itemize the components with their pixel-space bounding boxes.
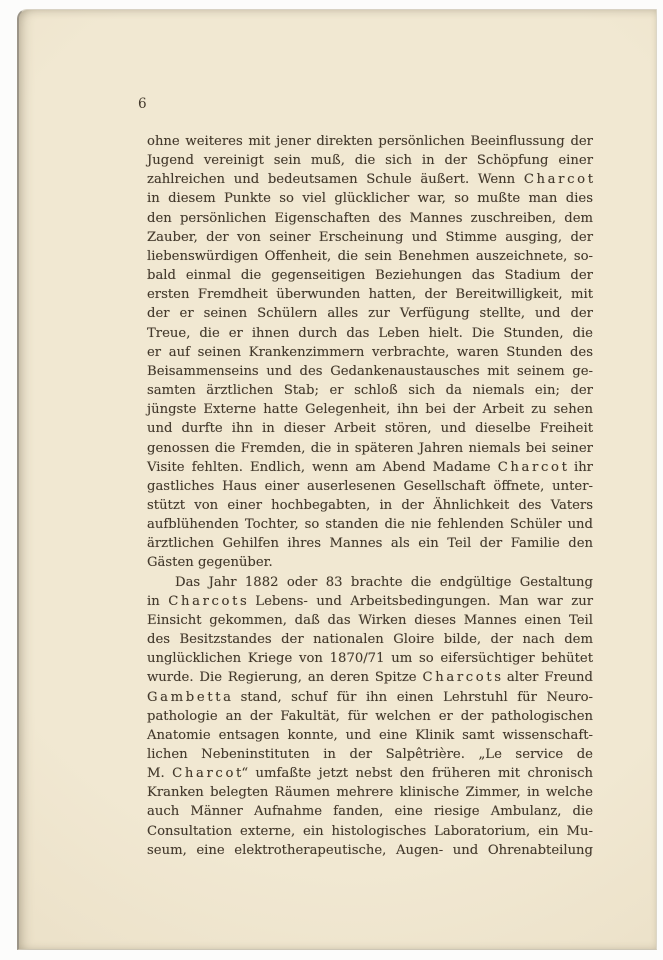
text-line: stützt von einer hochbegabten, in der Äh…	[147, 496, 593, 515]
text-line: Anatomie entsagen konnte, und eine Klini…	[147, 726, 593, 745]
text-line: samten ärztlichen Stab; er schloß sich d…	[147, 381, 593, 400]
text-line: der er seinen Schülern alles zur Verfügu…	[147, 304, 593, 323]
text-line: ohne weiteres mit jener direkten persönl…	[147, 132, 593, 151]
text-line: er auf seinen Krankenzimmern verbrachte,…	[147, 343, 593, 362]
text-line: Consultation externe, ein histologisches…	[147, 822, 593, 841]
text-line: Treue, die er ihnen durch das Leben hiel…	[147, 324, 593, 343]
text-line: G a m b e t t a stand, schuf für ihn ein…	[147, 688, 593, 707]
text-line: aufblühenden Tochter, so standen die nie…	[147, 515, 593, 534]
text-line: und durfte ihn in dieser Arbeit stören, …	[147, 419, 593, 438]
page-number: 6	[138, 96, 147, 112]
text-line: Einsicht gekommen, daß das Wirken dieses…	[147, 611, 593, 630]
text-line: Kranken belegten Räumen mehrere klinisch…	[147, 783, 593, 802]
text-line: Beisammenseins und des Gedankenaustausch…	[147, 362, 593, 381]
text-line: lichen Nebeninstituten in der Salpêtrièr…	[147, 745, 593, 764]
text-line: Jugend vereinigt sein muß, die sich in d…	[147, 151, 593, 170]
text-line: gastliches Haus einer auserlesenen Gesel…	[147, 477, 593, 496]
text-line: Gästen gegenüber.	[147, 553, 593, 572]
text-line: genossen die Fremden, die in späteren Ja…	[147, 439, 593, 458]
book-page: 6 ohne weiteres mit jener direkten persö…	[17, 9, 657, 950]
text-line: ersten Fremdheit überwunden hatten, der …	[147, 285, 593, 304]
text-line: seum, eine elektrotherapeutische, Augen-…	[147, 841, 593, 860]
text-line: unglücklichen Kriege von 1870/71 um so e…	[147, 649, 593, 668]
text-line: M. C h a r c o t“ umfaßte jetzt nebst de…	[147, 764, 593, 783]
text-block: ohne weiteres mit jener direkten persönl…	[147, 132, 593, 860]
text-line: auch Männer Aufnahme fanden, eine riesig…	[147, 802, 593, 821]
text-line: jüngste Externe hatte Gelegenheit, ihn b…	[147, 400, 593, 419]
text-line: wurde. Die Regierung, an deren Spitze C …	[147, 668, 593, 687]
text-line: in C h a r c o t s Lebens- und Arbeitsbe…	[147, 592, 593, 611]
text-line: pathologie an der Fakultät, für welchen …	[147, 707, 593, 726]
text-line: Visite fehlten. Endlich, wenn am Abend M…	[147, 458, 593, 477]
text-line: den persönlichen Eigenschaften des Manne…	[147, 209, 593, 228]
text-line: ärztlichen Gehilfen ihres Mannes als ein…	[147, 534, 593, 553]
text-line: Das Jahr 1882 oder 83 brachte die endgül…	[147, 573, 593, 592]
text-line: in diesem Punkte so viel glücklicher war…	[147, 189, 593, 208]
text-line: Zauber, der von seiner Erscheinung und S…	[147, 228, 593, 247]
text-line: liebenswürdigen Offenheit, die sein Bene…	[147, 247, 593, 266]
text-line: bald einmal die gegenseitigen Beziehunge…	[147, 266, 593, 285]
text-line: zahlreichen und bedeutsamen Schule äußer…	[147, 170, 593, 189]
text-line: des Besitzstandes der nationalen Gloire …	[147, 630, 593, 649]
